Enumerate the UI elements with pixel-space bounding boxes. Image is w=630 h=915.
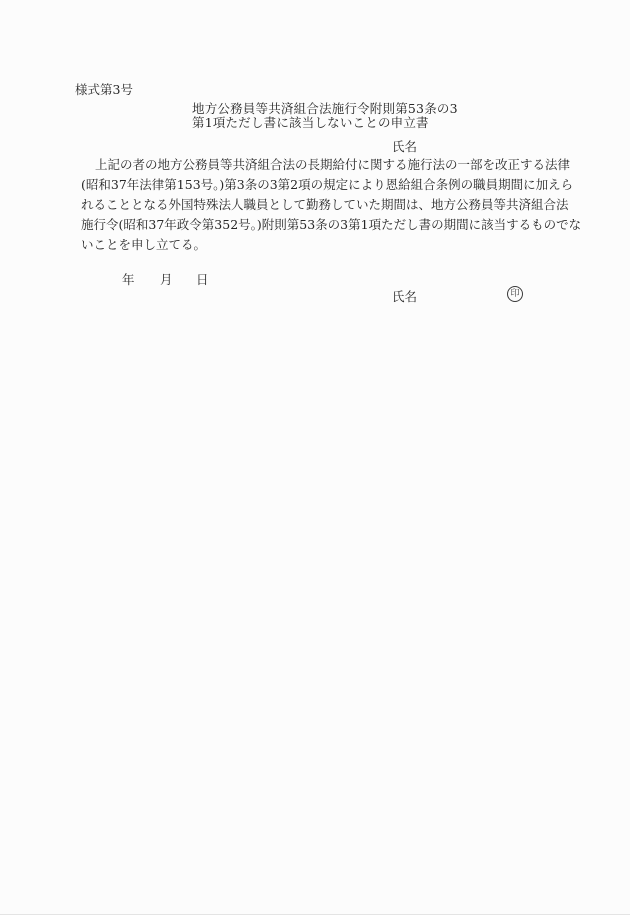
statement-line: (昭和37年法律第153号。)第3条の3第2項の規定により恩給組合条例の職員期間… bbox=[81, 175, 577, 195]
document-title: 地方公務員等共済組合法施行令附則第53条の3 第1項ただし書に該当しないことの申… bbox=[192, 102, 458, 129]
name-label-top: 氏名 bbox=[392, 137, 417, 155]
form-number: 様式第3号 bbox=[75, 83, 133, 97]
statement-line: いことを申し立てる。 bbox=[81, 235, 577, 255]
seal-character: 印 bbox=[510, 289, 519, 299]
statement-line: 施行令(昭和37年政令第352号。)附則第53条の3第1項ただし書の期間に該当す… bbox=[81, 215, 577, 235]
month-label: 月 bbox=[160, 270, 173, 288]
year-label: 年 bbox=[122, 270, 135, 288]
statement-paragraph: 上記の者の地方公務員等共済組合法の長期給付に関する施行法の一部を改正する法律 (… bbox=[81, 155, 577, 255]
seal-icon: 印 bbox=[507, 286, 523, 302]
document-title-line1: 地方公務員等共済組合法施行令附則第53条の3 bbox=[192, 102, 458, 116]
document-page: 様式第3号 地方公務員等共済組合法施行令附則第53条の3 第1項ただし書に該当し… bbox=[0, 0, 630, 915]
document-title-line2: 第1項ただし書に該当しないことの申立書 bbox=[192, 116, 458, 130]
statement-line: 上記の者の地方公務員等共済組合法の長期給付に関する施行法の一部を改正する法律 bbox=[81, 155, 577, 175]
statement-line: れることとなる外国特殊法人職員として勤務していた期間は、地方公務員等共済組合法 bbox=[81, 195, 577, 215]
day-label: 日 bbox=[196, 270, 209, 288]
signature-name-label: 氏名 bbox=[392, 287, 417, 305]
